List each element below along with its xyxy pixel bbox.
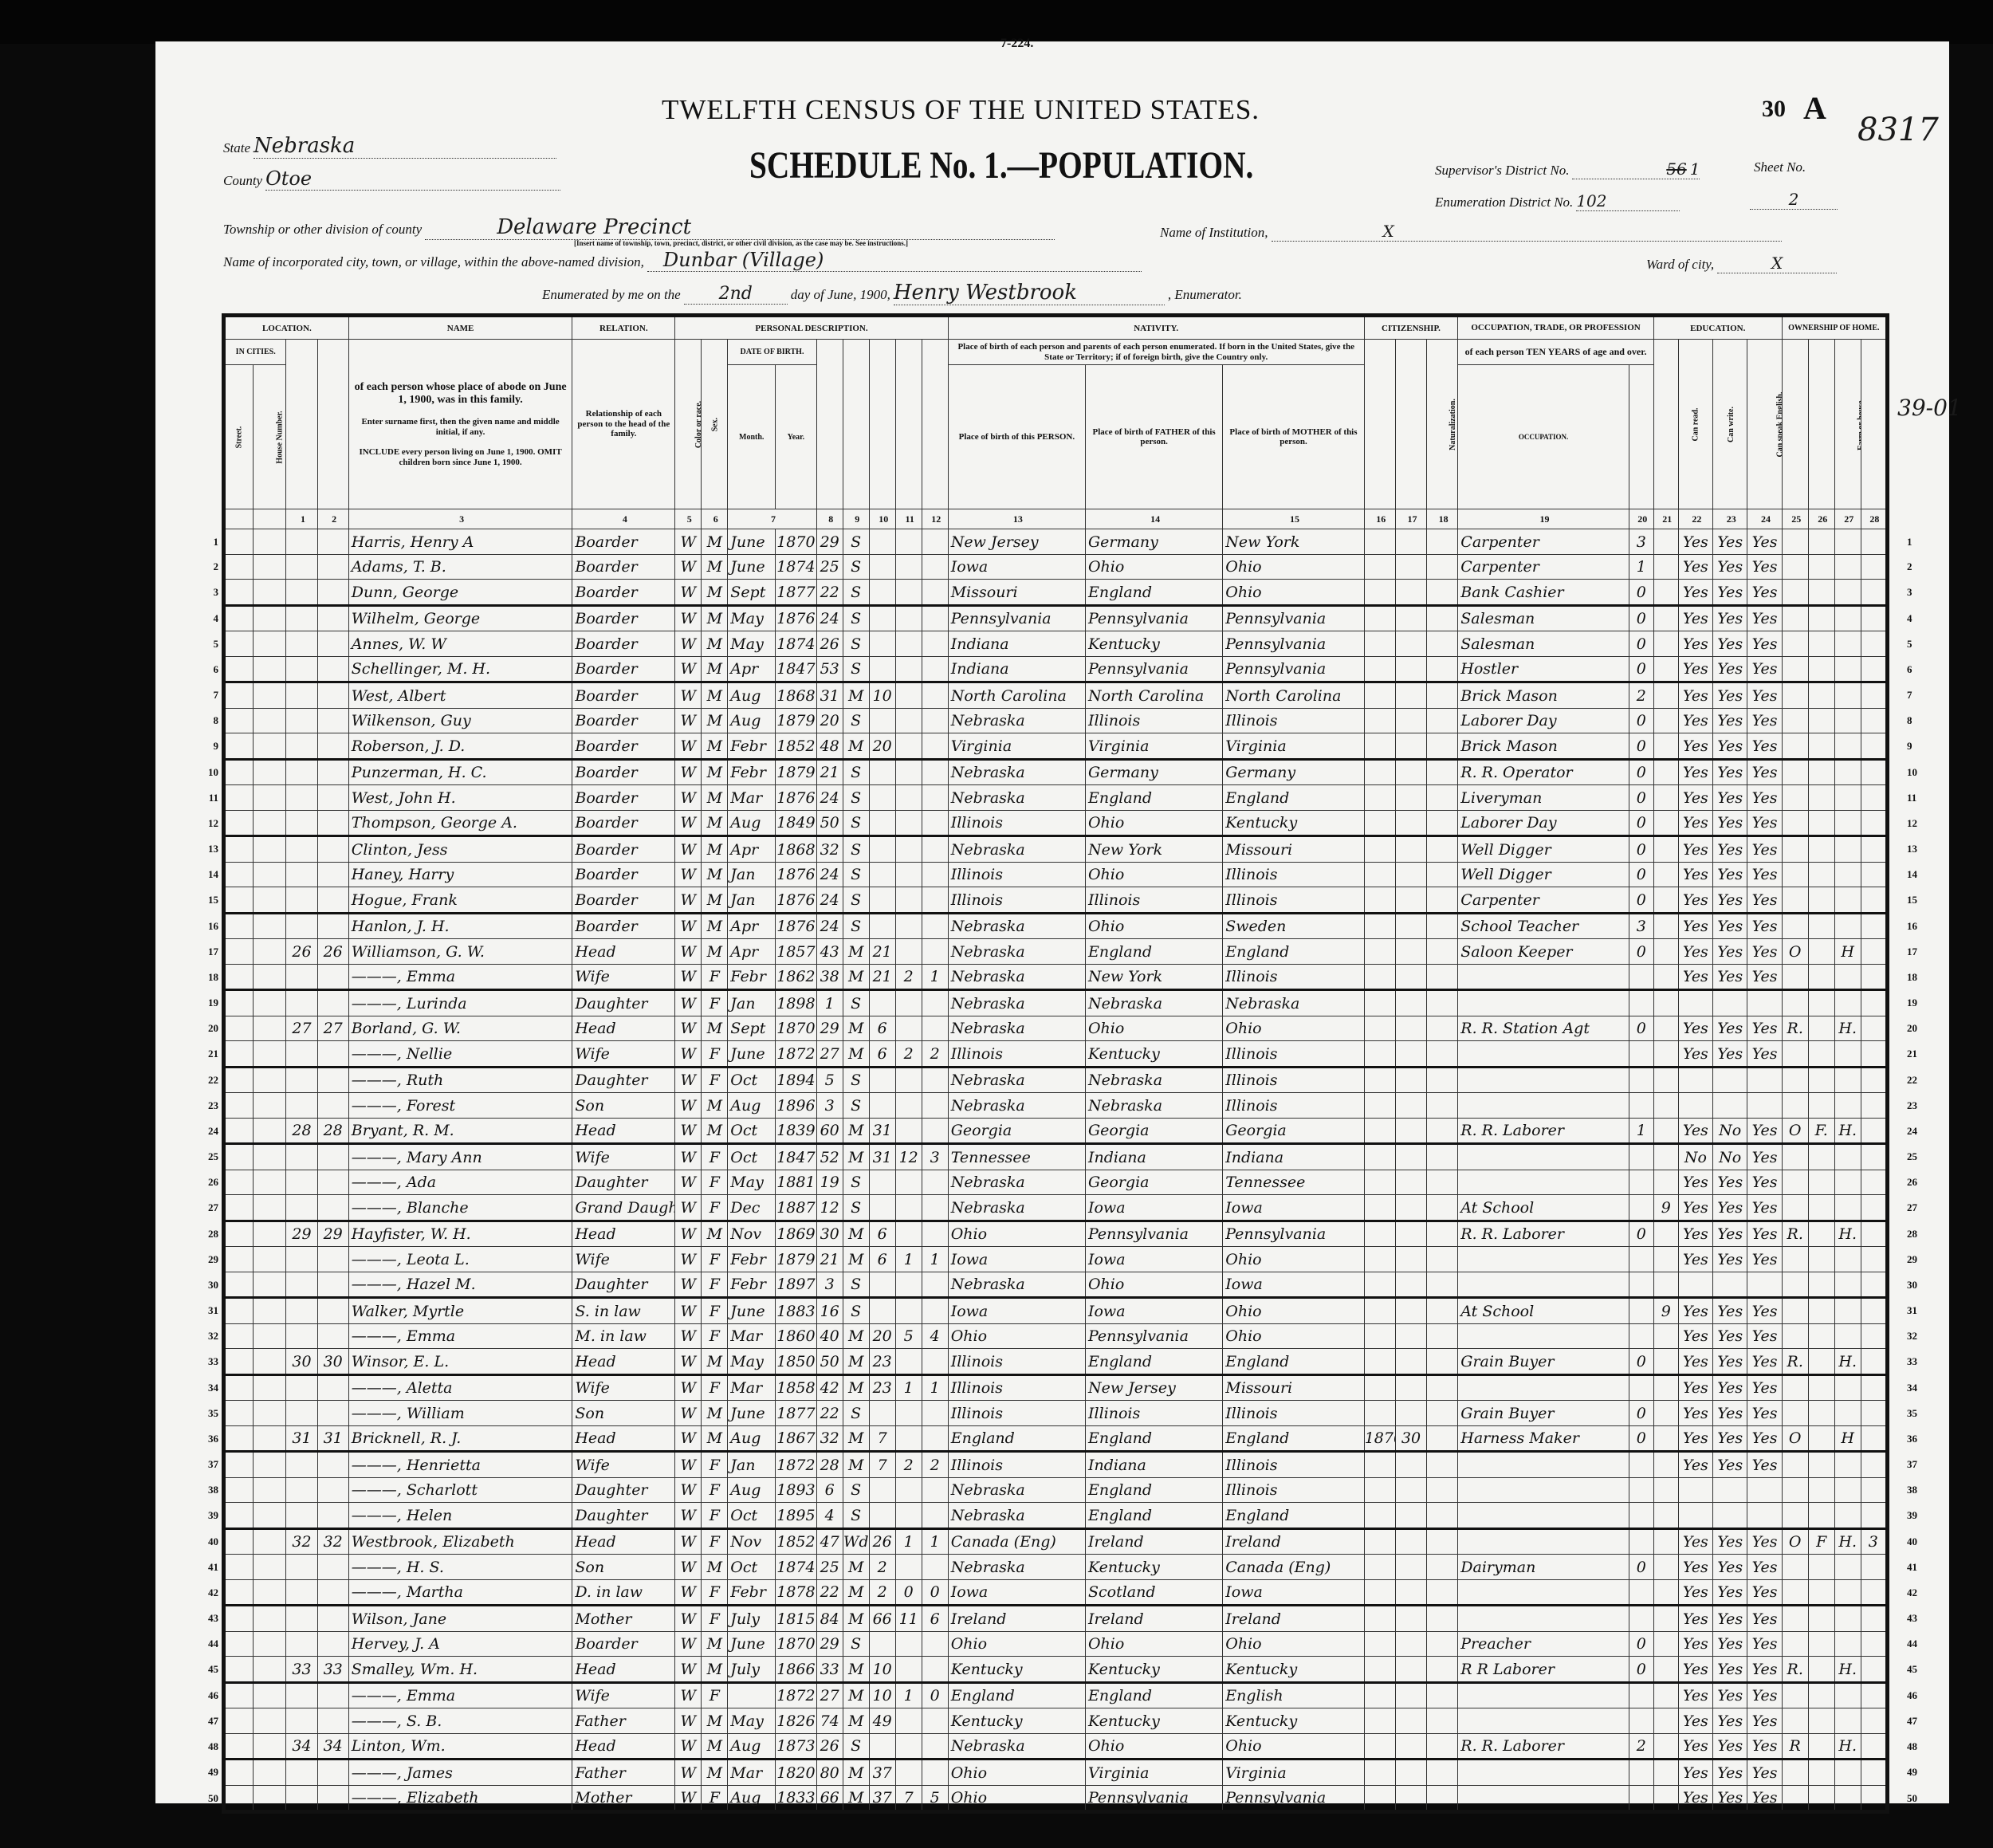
birthplace-mother: Ireland — [1223, 1528, 1364, 1555]
birthplace-father: England — [1085, 580, 1222, 606]
farm-house — [1834, 887, 1861, 914]
birth-year: 1872 — [776, 1452, 817, 1478]
birth-month: Sept — [728, 580, 776, 606]
free-mortgaged — [1808, 529, 1834, 555]
farm-schedule-number — [1861, 580, 1887, 606]
state-value: Nebraska — [254, 134, 556, 159]
occupation: Salesman — [1458, 631, 1629, 657]
age: 21 — [816, 1247, 843, 1272]
naturalization — [1427, 785, 1458, 811]
occupation — [1458, 1477, 1629, 1503]
months-unemployed — [1629, 964, 1653, 990]
person-name: ———, H. S. — [348, 1555, 572, 1580]
house-number-cell — [254, 1041, 286, 1068]
immigration-year — [1364, 1477, 1395, 1503]
relation: Boarder — [572, 1631, 675, 1657]
can-write: Yes — [1713, 862, 1747, 887]
years-in-us: 30 — [1395, 1425, 1426, 1452]
enumerated-label-1: Enumerated by me on the — [542, 287, 681, 302]
street-cell — [224, 708, 254, 733]
enumerated-label-2: day of June, 1900, — [791, 287, 890, 302]
marital-status: S — [843, 810, 869, 836]
family-number — [317, 1298, 348, 1324]
age: 28 — [816, 1452, 843, 1478]
months-unemployed — [1629, 1579, 1653, 1606]
years-married — [869, 656, 895, 682]
street-cell — [224, 1323, 254, 1349]
person-name: Williamson, G. W. — [348, 939, 572, 965]
mother-of-children — [895, 1631, 922, 1657]
mother-of-children — [895, 887, 922, 914]
birthplace-mother: Ohio — [1223, 1247, 1364, 1272]
farm-schedule-number — [1861, 1606, 1887, 1632]
person-name: ———, James — [348, 1760, 572, 1786]
can-write: Yes — [1713, 1374, 1747, 1401]
attended-school — [1653, 580, 1678, 606]
birth-year: 1894 — [776, 1067, 817, 1093]
children-living — [922, 656, 948, 682]
house-number-cell — [254, 1606, 286, 1632]
can-speak-english: Yes — [1747, 1374, 1782, 1401]
relation: Daughter — [572, 1067, 675, 1093]
table-row: ———, AdaDaughterWFMay188119SNebraskaGeor… — [224, 1170, 1888, 1195]
row-line-number: 23 — [199, 1099, 218, 1112]
dwelling-number — [286, 1298, 317, 1324]
table-row: West, John H.BoarderWMMar187624SNebraska… — [224, 785, 1888, 811]
birthplace-person: Illinois — [948, 1401, 1085, 1426]
occupation: R. R. Station Agt — [1458, 1016, 1629, 1041]
street-cell — [224, 1631, 254, 1657]
free-mortgaged — [1808, 1503, 1834, 1529]
birth-month: Jan — [728, 990, 776, 1016]
house-number-cell — [254, 939, 286, 965]
owned-rented — [1782, 785, 1808, 811]
can-speak-english: Yes — [1747, 1733, 1782, 1760]
owned-rented: R. — [1782, 1221, 1808, 1247]
street-cell — [224, 759, 254, 785]
col-owned-rented: Owned or rented. — [1782, 340, 1808, 509]
relation: Boarder — [572, 785, 675, 811]
occupation — [1458, 1170, 1629, 1195]
ward-field: Ward of city, X — [1646, 254, 1837, 273]
age: 22 — [816, 580, 843, 606]
naturalization — [1427, 1785, 1458, 1812]
mother-of-children: 1 — [895, 1528, 922, 1555]
relation: Boarder — [572, 554, 675, 580]
birth-month: June — [728, 1041, 776, 1068]
mother-of-children: 1 — [895, 1682, 922, 1708]
row-line-number: 26 — [1907, 1176, 1926, 1189]
years-in-us — [1395, 1323, 1426, 1349]
immigration-year — [1364, 1041, 1395, 1068]
dwelling-number — [286, 1041, 317, 1068]
sex: M — [702, 1016, 728, 1041]
table-row: ———, JamesFatherWMMar182080M37OhioVirgin… — [224, 1760, 1888, 1786]
col-mother-of: Mother of how many children. — [895, 340, 922, 509]
can-read: Yes — [1678, 656, 1712, 682]
attended-school — [1653, 631, 1678, 657]
enumerated-day: 2nd — [684, 284, 788, 305]
col-years-us: Number of years in the United States. — [1395, 340, 1426, 509]
color-race: W — [675, 1016, 702, 1041]
immigration-year — [1364, 631, 1395, 657]
dwelling-number: 26 — [286, 939, 317, 965]
institution-label: Name of Institution, — [1160, 225, 1268, 240]
attended-school — [1653, 554, 1678, 580]
table-row: Thompson, George A.BoarderWMAug184950SIl… — [224, 810, 1888, 836]
can-speak-english: Yes — [1747, 1323, 1782, 1349]
years-married: 31 — [869, 1144, 895, 1170]
can-speak-english: Yes — [1747, 1528, 1782, 1555]
birthplace-mother: England — [1223, 1349, 1364, 1375]
marital-status: S — [843, 887, 869, 914]
street-cell — [224, 810, 254, 836]
color-race: W — [675, 1606, 702, 1632]
years-married — [869, 990, 895, 1016]
immigration-year — [1364, 785, 1395, 811]
attended-school — [1653, 1118, 1678, 1144]
table-row: ———, WilliamSonWMJune187722SIllinoisIlli… — [224, 1401, 1888, 1426]
table-row: ———, EmmaWifeWF187227M1010EnglandEngland… — [224, 1682, 1888, 1708]
street-cell — [224, 1579, 254, 1606]
farm-house — [1834, 1093, 1861, 1119]
color-race: W — [675, 1760, 702, 1786]
row-line-number: 21 — [1907, 1048, 1926, 1060]
family-number — [317, 836, 348, 863]
sex: M — [702, 580, 728, 606]
attended-school — [1653, 913, 1678, 939]
nativity-description: Place of birth of each person and parent… — [948, 340, 1364, 365]
naturalization — [1427, 708, 1458, 733]
house-number-cell — [254, 887, 286, 914]
mother-of-children — [895, 1221, 922, 1247]
can-speak-english: Yes — [1747, 1349, 1782, 1375]
birthplace-person: Nebraska — [948, 1477, 1085, 1503]
birthplace-person: Iowa — [948, 1579, 1085, 1606]
family-number: 31 — [317, 1425, 348, 1452]
family-number — [317, 1708, 348, 1734]
age: 26 — [816, 1733, 843, 1760]
col-children-living: Number of these children living. — [922, 340, 948, 509]
row-line-number: 31 — [199, 1304, 218, 1317]
person-name: West, John H. — [348, 785, 572, 811]
birthplace-person: Nebraska — [948, 964, 1085, 990]
color-race: W — [675, 1425, 702, 1452]
owned-rented — [1782, 1401, 1808, 1426]
can-read: Yes — [1678, 708, 1712, 733]
row-line-number: 28 — [199, 1228, 218, 1241]
birth-month: Aug — [728, 1093, 776, 1119]
can-write: Yes — [1713, 1606, 1747, 1632]
person-name: Winsor, E. L. — [348, 1349, 572, 1375]
row-line-number: 16 — [1907, 920, 1926, 933]
township-label: Township or other division of county — [223, 222, 422, 237]
age: 16 — [816, 1298, 843, 1324]
children-living: 0 — [922, 1579, 948, 1606]
can-speak-english: Yes — [1747, 1425, 1782, 1452]
owned-rented — [1782, 862, 1808, 887]
children-living — [922, 990, 948, 1016]
birth-month: Febr — [728, 1272, 776, 1298]
naturalization — [1427, 1503, 1458, 1529]
can-write: Yes — [1713, 810, 1747, 836]
children-living — [922, 733, 948, 760]
row-line-number: 5 — [199, 638, 218, 651]
farm-schedule-number — [1861, 1349, 1887, 1375]
free-mortgaged — [1808, 554, 1834, 580]
can-read: Yes — [1678, 1401, 1712, 1426]
column-number — [224, 509, 254, 529]
house-number-cell — [254, 990, 286, 1016]
years-married — [869, 836, 895, 863]
dwelling-number: 29 — [286, 1221, 317, 1247]
sex: M — [702, 1733, 728, 1760]
years-in-us — [1395, 1682, 1426, 1708]
marital-status: S — [843, 1298, 869, 1324]
dwelling-number — [286, 1682, 317, 1708]
person-name: ———, Henrietta — [348, 1452, 572, 1478]
house-number-cell — [254, 580, 286, 606]
farm-schedule-number — [1861, 836, 1887, 863]
col-months-unemployed: Months not employed. — [1629, 365, 1653, 509]
dwelling-number — [286, 1144, 317, 1170]
relation: Boarder — [572, 580, 675, 606]
birth-month: Apr — [728, 836, 776, 863]
years-married — [869, 631, 895, 657]
owned-rented — [1782, 1093, 1808, 1119]
birth-year: 1876 — [776, 913, 817, 939]
enumerator-label: , Enumerator. — [1168, 287, 1242, 302]
column-number: 28 — [1861, 509, 1887, 529]
ward-label: Ward of city, — [1646, 257, 1714, 272]
dwelling-number — [286, 887, 317, 914]
children-living — [922, 785, 948, 811]
months-unemployed: 0 — [1629, 1631, 1653, 1657]
naturalization — [1427, 1272, 1458, 1298]
family-number — [317, 1477, 348, 1503]
row-line-number: 15 — [199, 894, 218, 906]
immigration-year — [1364, 656, 1395, 682]
birthplace-mother: Germany — [1223, 759, 1364, 785]
can-write: Yes — [1713, 1528, 1747, 1555]
house-number-cell — [254, 1708, 286, 1734]
row-line-number: 19 — [199, 997, 218, 1009]
can-speak-english — [1747, 1272, 1782, 1298]
can-write: Yes — [1713, 1247, 1747, 1272]
marital-status: S — [843, 836, 869, 863]
table-row: Annes, W. WBoarderWMMay187426SIndianaKen… — [224, 631, 1888, 657]
mother-of-children — [895, 1477, 922, 1503]
street-cell — [224, 1760, 254, 1786]
children-living — [922, 939, 948, 965]
family-number — [317, 810, 348, 836]
birthplace-person: Ohio — [948, 1221, 1085, 1247]
can-speak-english: Yes — [1747, 708, 1782, 733]
house-number-cell — [254, 1555, 286, 1580]
family-number — [317, 1272, 348, 1298]
can-write: Yes — [1713, 964, 1747, 990]
city-field: Name of incorporated city, town, or vill… — [223, 249, 1142, 272]
immigration-year — [1364, 1452, 1395, 1478]
birthplace-person: Illinois — [948, 1374, 1085, 1401]
relation: Boarder — [572, 862, 675, 887]
color-race: W — [675, 913, 702, 939]
years-in-us — [1395, 529, 1426, 555]
can-speak-english: Yes — [1747, 605, 1782, 631]
years-married — [869, 1631, 895, 1657]
age: 21 — [816, 759, 843, 785]
immigration-year — [1364, 1760, 1395, 1786]
immigration-year — [1364, 1631, 1395, 1657]
months-unemployed — [1629, 1272, 1653, 1298]
naturalization — [1427, 733, 1458, 760]
years-in-us — [1395, 785, 1426, 811]
can-write: Yes — [1713, 682, 1747, 709]
section-occupation: OCCUPATION, TRADE, OR PROFESSION — [1458, 316, 1654, 340]
years-married: 10 — [869, 1682, 895, 1708]
row-line-number: 18 — [199, 971, 218, 984]
farm-house — [1834, 1067, 1861, 1093]
years-married: 2 — [869, 1579, 895, 1606]
months-unemployed — [1629, 1374, 1653, 1401]
color-race: W — [675, 1528, 702, 1555]
can-read: Yes — [1678, 913, 1712, 939]
table-row: ———, EmmaWifeWFFebr186238M2121NebraskaNe… — [224, 964, 1888, 990]
section-ownership: OWNERSHIP OF HOME. — [1782, 316, 1887, 340]
can-speak-english: Yes — [1747, 1144, 1782, 1170]
marital-status: M — [843, 939, 869, 965]
relation: Daughter — [572, 1272, 675, 1298]
immigration-year — [1364, 682, 1395, 709]
dwelling-number: 28 — [286, 1118, 317, 1144]
relation: D. in law — [572, 1579, 675, 1606]
farm-schedule-number — [1861, 1272, 1887, 1298]
years-in-us — [1395, 631, 1426, 657]
person-name: ———, Ruth — [348, 1067, 572, 1093]
mother-of-children: 2 — [895, 964, 922, 990]
naturalization — [1427, 1170, 1458, 1195]
months-unemployed — [1629, 1606, 1653, 1632]
column-number: 2 — [317, 509, 348, 529]
sex: M — [702, 529, 728, 555]
farm-house — [1834, 708, 1861, 733]
house-number-cell — [254, 1425, 286, 1452]
marital-status: S — [843, 913, 869, 939]
can-speak-english — [1747, 990, 1782, 1016]
free-mortgaged — [1808, 1041, 1834, 1068]
birth-month: Oct — [728, 1555, 776, 1580]
relation: Daughter — [572, 990, 675, 1016]
color-race: W — [675, 1555, 702, 1580]
years-in-us — [1395, 1247, 1426, 1272]
years-married: 20 — [869, 733, 895, 760]
farm-schedule-number — [1861, 1195, 1887, 1221]
row-line-number: 48 — [199, 1740, 218, 1753]
age: 4 — [816, 1503, 843, 1529]
months-unemployed — [1629, 1170, 1653, 1195]
birthplace-father: Ohio — [1085, 1733, 1222, 1760]
immigration-year — [1364, 887, 1395, 914]
birthplace-person: Nebraska — [948, 1093, 1085, 1119]
age: 53 — [816, 656, 843, 682]
immigration-year — [1364, 529, 1395, 555]
table-row: 3232Westbrook, ElizabethHeadWFNov185247W… — [224, 1528, 1888, 1555]
farm-house — [1834, 1606, 1861, 1632]
house-number-cell — [254, 605, 286, 631]
occupation: Liveryman — [1458, 785, 1629, 811]
birth-year: 1820 — [776, 1760, 817, 1786]
color-race: W — [675, 1272, 702, 1298]
birthplace-mother: Iowa — [1223, 1579, 1364, 1606]
street-cell — [224, 1528, 254, 1555]
farm-schedule-number — [1861, 1247, 1887, 1272]
free-mortgaged — [1808, 1425, 1834, 1452]
birth-month: Jan — [728, 887, 776, 914]
birthplace-mother: Illinois — [1223, 708, 1364, 733]
birthplace-father: Iowa — [1085, 1298, 1222, 1324]
farm-schedule-number — [1861, 554, 1887, 580]
relation: Daughter — [572, 1170, 675, 1195]
months-unemployed — [1629, 1528, 1653, 1555]
birthplace-father: Nebraska — [1085, 1093, 1222, 1119]
owned-rented — [1782, 1323, 1808, 1349]
can-write: Yes — [1713, 1708, 1747, 1734]
sex: F — [702, 1528, 728, 1555]
column-number: 21 — [1653, 509, 1678, 529]
dwelling-number — [286, 682, 317, 709]
naturalization — [1427, 1144, 1458, 1170]
birthplace-father: North Carolina — [1085, 682, 1222, 709]
birth-year: 1839 — [776, 1118, 817, 1144]
color-race: W — [675, 605, 702, 631]
owned-rented — [1782, 1272, 1808, 1298]
row-line-number: 47 — [1907, 1715, 1926, 1728]
can-write: Yes — [1713, 554, 1747, 580]
table-row: ———, S. B.FatherWMMay182674M49KentuckyKe… — [224, 1708, 1888, 1734]
marital-status: M — [843, 964, 869, 990]
farm-house: H. — [1834, 1016, 1861, 1041]
age: 22 — [816, 1579, 843, 1606]
can-read: Yes — [1678, 1016, 1712, 1041]
color-race: W — [675, 1631, 702, 1657]
immigration-year — [1364, 1298, 1395, 1324]
relation: Boarder — [572, 836, 675, 863]
occupation — [1458, 1093, 1629, 1119]
birth-month: May — [728, 605, 776, 631]
birthplace-mother: Ohio — [1223, 1016, 1364, 1041]
sex: M — [702, 1555, 728, 1580]
attended-school — [1653, 964, 1678, 990]
naturalization — [1427, 554, 1458, 580]
immigration-year — [1364, 1528, 1395, 1555]
row-line-number: 27 — [1907, 1201, 1926, 1214]
marital-status: M — [843, 733, 869, 760]
supervisor-value-wrap: 56 1 — [1572, 159, 1700, 179]
col-street: Street. — [224, 365, 254, 509]
row-line-number: 40 — [1907, 1535, 1926, 1548]
sex: F — [702, 1682, 728, 1708]
age: 24 — [816, 913, 843, 939]
mother-of-children — [895, 733, 922, 760]
row-line-number: 32 — [1907, 1330, 1926, 1343]
row-line-number: 7 — [199, 689, 218, 702]
attended-school — [1653, 682, 1678, 709]
column-number: 12 — [922, 509, 948, 529]
birthplace-father: Germany — [1085, 759, 1222, 785]
sex: F — [702, 1606, 728, 1632]
free-mortgaged — [1808, 1760, 1834, 1786]
occupation — [1458, 964, 1629, 990]
